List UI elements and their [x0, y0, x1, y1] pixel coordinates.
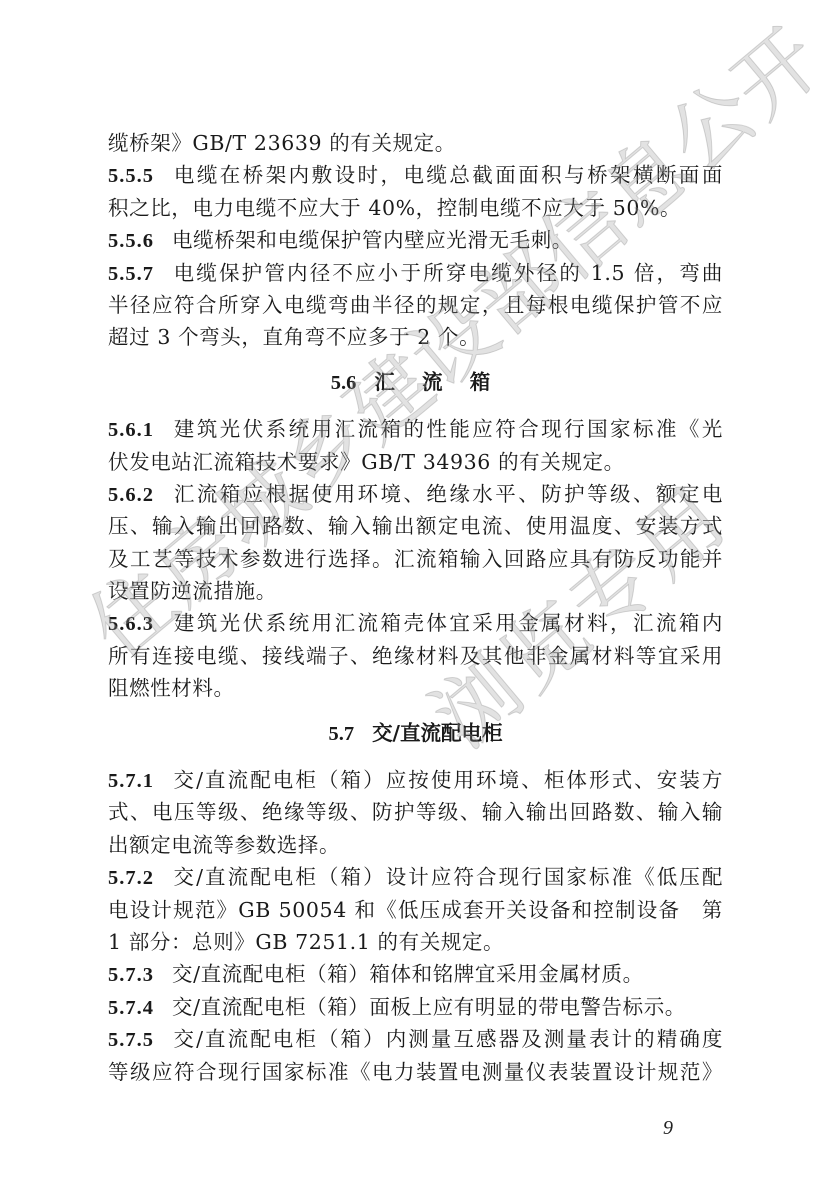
clause-5-6-1: 5.6.1建筑光伏系统用汇流箱的性能应符合现行国家标准《光 — [108, 413, 723, 445]
clause-number: 5.6.1 — [108, 419, 154, 441]
clause-number: 5.7.5 — [108, 1029, 154, 1051]
clause-number: 5.5.6 — [108, 230, 154, 252]
clause-5-7-2: 5.7.2交/直流配电柜（箱）设计应符合现行国家标准《低压配 — [108, 861, 723, 893]
paragraph-line: 所有连接电缆、接线端子、绝缘材料及其他非金属材料等宜采用 — [108, 640, 723, 672]
clause-5-6-3: 5.6.3建筑光伏系统用汇流箱壳体宜采用金属材料，汇流箱内 — [108, 607, 723, 639]
clause-number: 5.6.2 — [108, 484, 154, 506]
paragraph-line: 电设计规范》GB 50054 和《低压成套开关设备和控制设备 第 — [108, 894, 723, 926]
paragraph-line: 式、电压等级、绝缘等级、防护等级、输入输出回路数、输入输 — [108, 796, 723, 828]
clause-number: 5.7.4 — [108, 997, 154, 1019]
clause-5-7-1: 5.7.1交/直流配电柜（箱）应按使用环境、柜体形式、安装方 — [108, 764, 723, 796]
section-heading-5-7: 5.7交/直流配电柜 — [108, 717, 723, 749]
clause-5-7-5: 5.7.5交/直流配电柜（箱）内测量互感器及测量表计的精确度 — [108, 1023, 723, 1055]
clause-number: 5.5.7 — [108, 263, 154, 285]
paragraph-line: 伏发电站汇流箱技术要求》GB/T 34936 的有关规定。 — [108, 446, 723, 478]
clause-number: 5.7.2 — [108, 867, 154, 889]
clause-5-5-5: 5.5.5电缆在桥架内敷设时，电缆总截面面积与桥架横断面面 — [108, 159, 723, 191]
page-content: 缆桥架》GB/T 23639 的有关规定。 5.5.5电缆在桥架内敷设时，电缆总… — [108, 127, 723, 1088]
clause-5-5-7: 5.5.7电缆保护管内径不应小于所穿电缆外径的 1.5 倍，弯曲 — [108, 257, 723, 289]
clause-number: 5.7.1 — [108, 770, 154, 792]
clause-5-7-4: 5.7.4交/直流配电柜（箱）面板上应有明显的带电警告标示。 — [108, 991, 723, 1023]
clause-number: 5.5.5 — [108, 165, 154, 187]
clause-5-5-6: 5.5.6电缆桥架和电缆保护管内壁应光滑无毛刺。 — [108, 224, 723, 256]
paragraph-line: 积之比，电力电缆不应大于 40%，控制电缆不应大于 50%。 — [108, 192, 723, 224]
page-number: 9 — [663, 1117, 673, 1140]
clause-number: 5.7.3 — [108, 964, 154, 986]
paragraph-line: 设置防逆流措施。 — [108, 575, 723, 607]
clause-number: 5.6.3 — [108, 613, 154, 635]
paragraph-line: 超过 3 个弯头，直角弯不应多于 2 个。 — [108, 321, 723, 353]
clause-5-7-3: 5.7.3交/直流配电柜（箱）箱体和铭牌宜采用金属材质。 — [108, 958, 723, 990]
paragraph-line: 及工艺等技术参数进行选择。汇流箱输入回路应具有防反功能并 — [108, 543, 723, 575]
section-heading-5-6: 5.6汇 流 箱 — [108, 366, 723, 398]
paragraph-line: 压、输入输出回路数、输入输出额定电流、使用温度、安装方式 — [108, 510, 723, 542]
paragraph-line: 等级应符合现行国家标准《电力装置电测量仪表装置设计规范》 — [108, 1056, 723, 1088]
paragraph-line: 1 部分：总则》GB 7251.1 的有关规定。 — [108, 926, 723, 958]
paragraph-line: 出额定电流等参数选择。 — [108, 829, 723, 861]
paragraph-line: 缆桥架》GB/T 23639 的有关规定。 — [108, 127, 723, 159]
document-page: 缆桥架》GB/T 23639 的有关规定。 5.5.5电缆在桥架内敷设时，电缆总… — [0, 0, 828, 1198]
paragraph-line: 半径应符合所穿入电缆弯曲半径的规定，且每根电缆保护管不应 — [108, 289, 723, 321]
clause-5-6-2: 5.6.2汇流箱应根据使用环境、绝缘水平、防护等级、额定电 — [108, 478, 723, 510]
paragraph-line: 阻燃性材料。 — [108, 672, 723, 704]
